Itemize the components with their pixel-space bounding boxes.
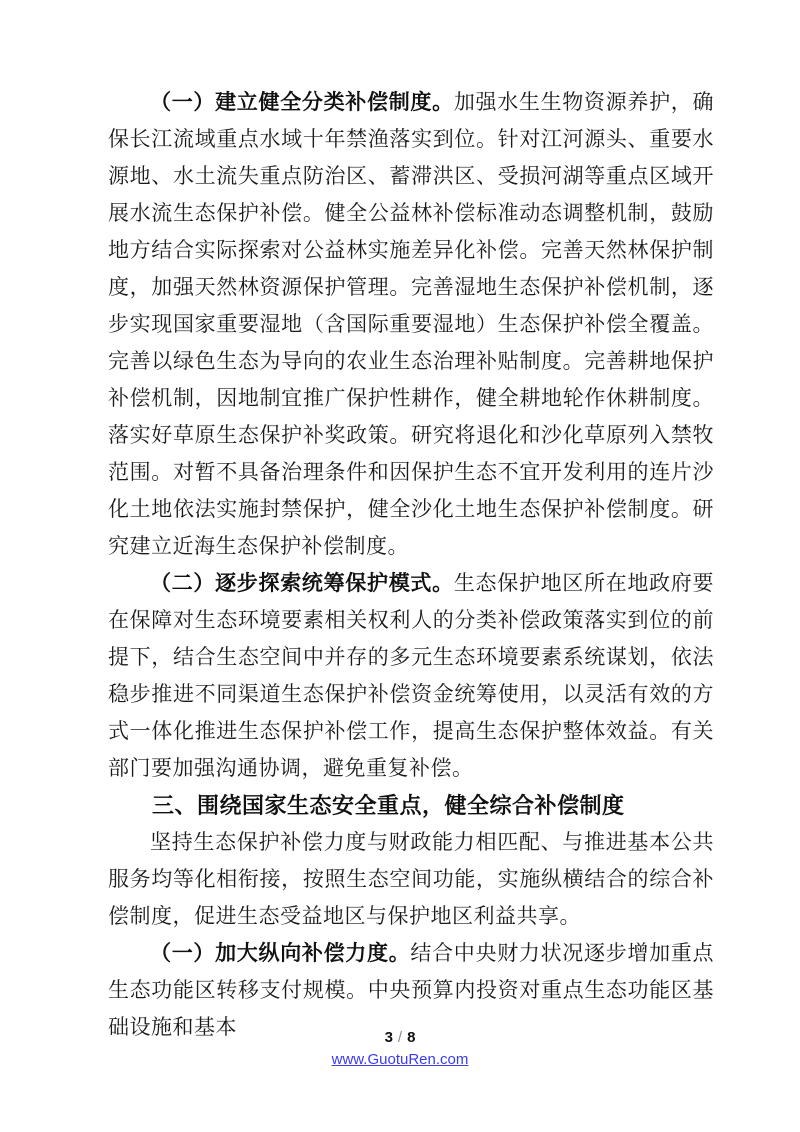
paragraph-lead-bold: （一）建立健全分类补偿制度。 xyxy=(150,91,454,114)
paragraph-lead-bold: （二）逐步探索统筹保护模式。 xyxy=(150,572,454,595)
paragraph-body-text: 坚持生态保护补偿力度与财政能力相匹配、与推进基本公共服务均等化相衔接，按照生态空… xyxy=(108,830,714,928)
page-footer: 3/8 www.GuotuRen.com xyxy=(0,1028,800,1070)
paragraph-classified-compensation: （一）建立健全分类补偿制度。加强水生生物资源养护，确保长江流域重点水域十年禁渔落… xyxy=(108,84,714,565)
document-page: （一）建立健全分类补偿制度。加强水生生物资源养护，确保长江流域重点水域十年禁渔落… xyxy=(0,0,800,1132)
page-number-separator: / xyxy=(393,1029,407,1046)
paragraph-body-text: 生态保护地区所在地政府要在保障对生态环境要素相关权利人的分类补偿政策落实到位的前… xyxy=(108,571,714,780)
section-heading-three: 三、围绕国家生态安全重点，健全综合补偿制度 xyxy=(108,787,714,824)
page-number-current: 3 xyxy=(385,1029,393,1046)
paragraph-coordinated-protection: （二）逐步探索统筹保护模式。生态保护地区所在地政府要在保障对生态环境要素相关权利… xyxy=(108,565,714,787)
paragraph-lead-bold: （一）加大纵向补偿力度。 xyxy=(150,942,410,965)
paragraph-comprehensive-compensation: 坚持生态保护补偿力度与财政能力相匹配、与推进基本公共服务均等化相衔接，按照生态空… xyxy=(108,824,714,935)
paragraph-body-text: 加强水生生物资源养护，确保长江流域重点水域十年禁渔落实到位。针对江河源头、重要水… xyxy=(108,90,714,558)
website-link[interactable]: www.GuotuRen.com xyxy=(332,1050,469,1070)
page-number-total: 8 xyxy=(407,1029,415,1046)
page-number: 3/8 xyxy=(0,1028,800,1048)
